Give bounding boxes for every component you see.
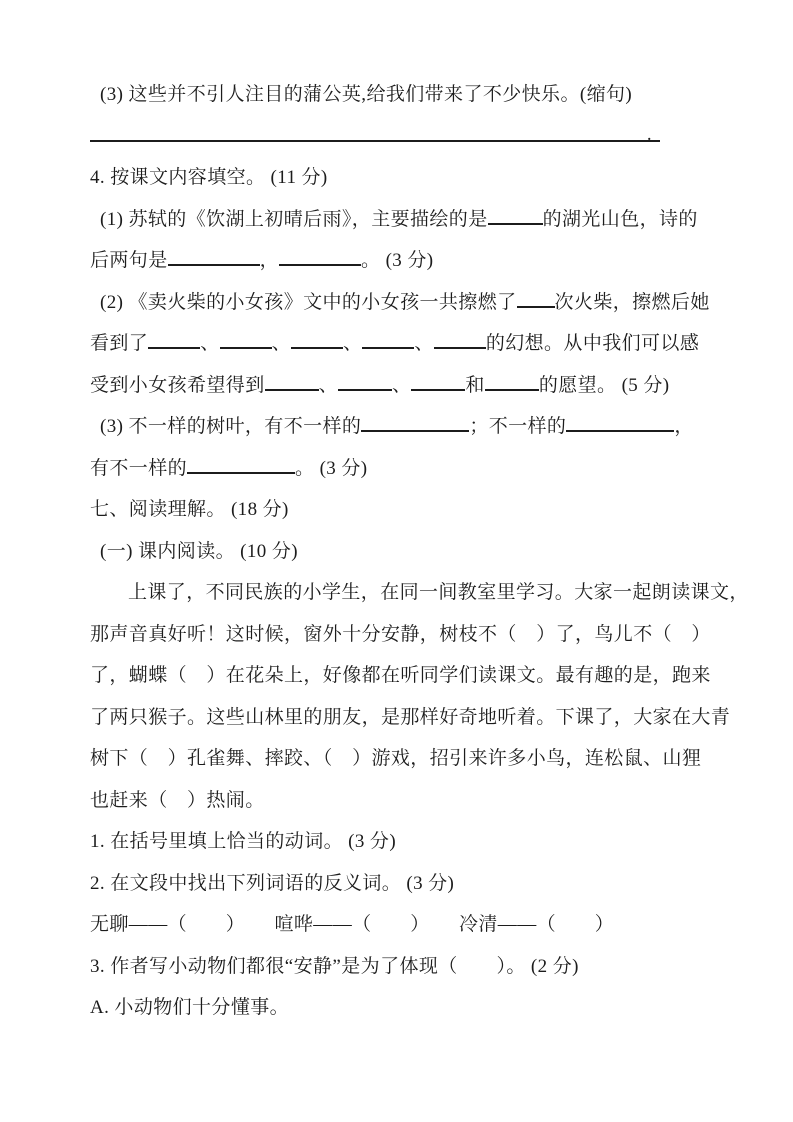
text-run: ；不一样的 (469, 416, 566, 437)
line-passage-5: 树下（ ）孔雀舞、摔跤、（ ）游戏，招引来许多小鸟，连松鼠、山狸 (90, 738, 707, 780)
fill-in-blank (434, 333, 486, 349)
question-text: 2. 在文段中找出下列词语的反义词。 (3 分) (90, 873, 454, 894)
line-passage-2: 那声音真好听！这时候，窗外十分安静，树枝不（ ）了，鸟儿不（ ） (90, 614, 707, 656)
text-run: 。 (3 分) (361, 250, 433, 271)
passage-text: 也赶来（ ）热闹。 (90, 790, 265, 811)
text-run: 、 (414, 333, 433, 354)
text-run: 、 (319, 375, 338, 396)
text-run: 看到了 (90, 333, 148, 354)
fill-in-blank (148, 333, 200, 349)
text-run: 、 (272, 333, 291, 354)
fill-in-blank (187, 458, 295, 474)
text-run: 、 (343, 333, 362, 354)
option-text: A. 小动物们十分懂事。 (90, 997, 289, 1018)
text-run: 4. 按课文内容填空。 (11 分) (90, 167, 328, 188)
exam-document-page: (3) 这些并不引人注目的蒲公英,给我们带来了不少快乐。(缩句) . 4. 按课… (0, 0, 793, 1122)
text-run: 和 (465, 375, 484, 396)
text-run: (3) 这些并不引人注目的蒲公英,给我们带来了不少快乐。(缩句) (100, 84, 632, 105)
fill-in-blank (338, 375, 392, 391)
line-q4-2-part2: 看到了、、、、的幻想。从中我们可以感 (90, 323, 707, 365)
text-run: 有不一样的 (90, 458, 187, 479)
period-mark: . (647, 130, 652, 140)
text-run: 次火柴，擦燃后她 (555, 292, 710, 313)
antonym-items: 无聊——（ ） 喧哗——（ ） 冷清——（ ） (90, 914, 614, 935)
line-reading-q2: 2. 在文段中找出下列词语的反义词。 (3 分) (90, 863, 707, 905)
line-q4-3-part1: (3) 不一样的树叶，有不一样的；不一样的， (90, 406, 707, 448)
text-run: 的湖光山色，诗的 (543, 209, 698, 230)
fill-in-blank (488, 209, 543, 225)
text-run: (1) 苏轼的《饮湖上初晴后雨》，主要描绘的是 (100, 209, 488, 230)
fill-in-blank (291, 333, 343, 349)
answer-underline: . (90, 122, 660, 142)
line-reading-q3-option-a: A. 小动物们十分懂事。 (90, 987, 707, 1029)
line-reading1-header: (一) 课内阅读。 (10 分) (90, 531, 707, 573)
line-section7-header: 七、阅读理解。 (18 分) (90, 489, 707, 531)
subsection-title: (一) 课内阅读。 (10 分) (100, 541, 298, 562)
line-q4-1-part2: 后两句是，。 (3 分) (90, 240, 707, 282)
answer-underline-row: . (90, 116, 707, 158)
passage-text: 树下（ ）孔雀舞、摔跤、（ ）游戏，招引来许多小鸟，连松鼠、山狸 (90, 748, 701, 769)
text-run: 后两句是 (90, 250, 168, 271)
fill-in-blank (485, 375, 539, 391)
line-q4-header: 4. 按课文内容填空。 (11 分) (90, 157, 707, 199)
line-passage-1: 上课了，不同民族的小学生，在同一间教室里学习。大家一起朗读课文， (90, 572, 707, 614)
text-run: (2) 《卖火柴的小女孩》文中的小女孩一共擦燃了 (100, 292, 517, 313)
fill-in-blank (220, 333, 272, 349)
line-reading-q1: 1. 在括号里填上恰当的动词。 (3 分) (90, 821, 707, 863)
question-text: 1. 在括号里填上恰当的动词。 (3 分) (90, 831, 396, 852)
text-run: 受到小女孩希望得到 (90, 375, 265, 396)
line-passage-4: 了两只猴子。这些山林里的朋友，是那样好奇地听着。下课了，大家在大青 (90, 697, 707, 739)
text-run: ， (260, 250, 279, 271)
fill-in-blank (361, 416, 469, 432)
fill-in-blank (411, 375, 465, 391)
line-passage-6: 也赶来（ ）热闹。 (90, 780, 707, 822)
line-passage-3: 了，蝴蝶（ ）在花朵上，好像都在听同学们读课文。最有趣的是，跑来 (90, 655, 707, 697)
text-run: (3) 不一样的树叶，有不一样的 (100, 416, 361, 437)
line-q4-2-part1: (2) 《卖火柴的小女孩》文中的小女孩一共擦燃了次火柴，擦燃后她 (90, 282, 707, 324)
line-reading-q3: 3. 作者写小动物们都很“安静”是为了体现（ ）。 (2 分) (90, 946, 707, 988)
passage-text: 那声音真好听！这时候，窗外十分安静，树枝不（ ）了，鸟儿不（ ） (90, 624, 711, 645)
text-run: 、 (200, 333, 219, 354)
text-run: ， (674, 416, 693, 437)
fill-in-blank (265, 375, 319, 391)
fill-in-blank (566, 416, 674, 432)
text-run: 的愿望。 (5 分) (539, 375, 670, 396)
section-title: 七、阅读理解。 (18 分) (90, 499, 289, 520)
line-q4-2-part3: 受到小女孩希望得到、、和的愿望。 (5 分) (90, 365, 707, 407)
fill-in-blank (168, 250, 260, 266)
fill-in-blank (279, 250, 361, 266)
question-text: 3. 作者写小动物们都很“安静”是为了体现（ ）。 (2 分) (90, 956, 579, 977)
passage-text: 上课了，不同民族的小学生，在同一间教室里学习。大家一起朗读课文， (128, 582, 749, 603)
line-item3-shrink-sentence: (3) 这些并不引人注目的蒲公英,给我们带来了不少快乐。(缩句) (90, 74, 707, 116)
text-run: 、 (392, 375, 411, 396)
fill-in-blank (517, 292, 555, 308)
line-q4-3-part2: 有不一样的。 (3 分) (90, 448, 707, 490)
text-run: 。 (3 分) (295, 458, 367, 479)
passage-text: 了，蝴蝶（ ）在花朵上，好像都在听同学们读课文。最有趣的是，跑来 (90, 665, 711, 686)
fill-in-blank (362, 333, 414, 349)
passage-text: 了两只猴子。这些山林里的朋友，是那样好奇地听着。下课了，大家在大青 (90, 707, 730, 728)
line-q4-1-part1: (1) 苏轼的《饮湖上初晴后雨》，主要描绘的是的湖光山色，诗的 (90, 199, 707, 241)
text-run: 的幻想。从中我们可以感 (486, 333, 699, 354)
line-reading-q2-antonyms: 无聊——（ ） 喧哗——（ ） 冷清——（ ） (90, 904, 707, 946)
